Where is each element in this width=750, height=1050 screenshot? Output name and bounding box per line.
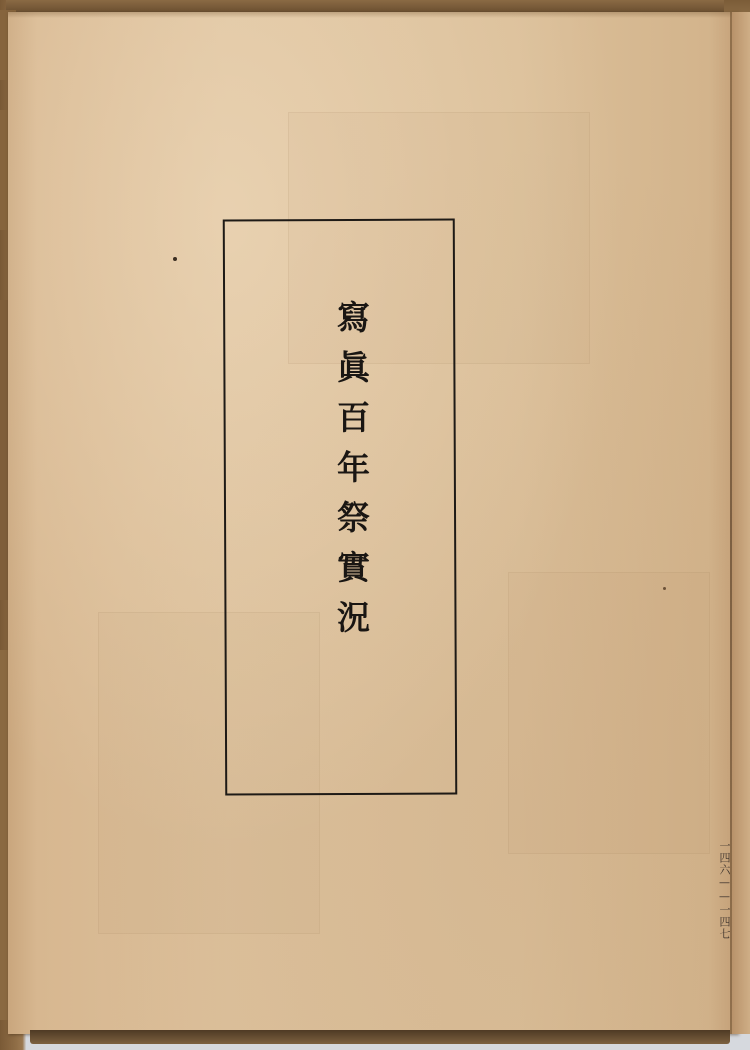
ink-speck: [663, 587, 666, 590]
show-through-image: [508, 572, 710, 854]
torn-bottom-edge: [30, 1030, 730, 1044]
page-number: 一四六——一四七: [714, 840, 730, 940]
page-title: 寫眞百年祭實況: [318, 300, 368, 650]
ink-speck: [173, 257, 177, 261]
adjacent-page-edge: [732, 12, 750, 1034]
